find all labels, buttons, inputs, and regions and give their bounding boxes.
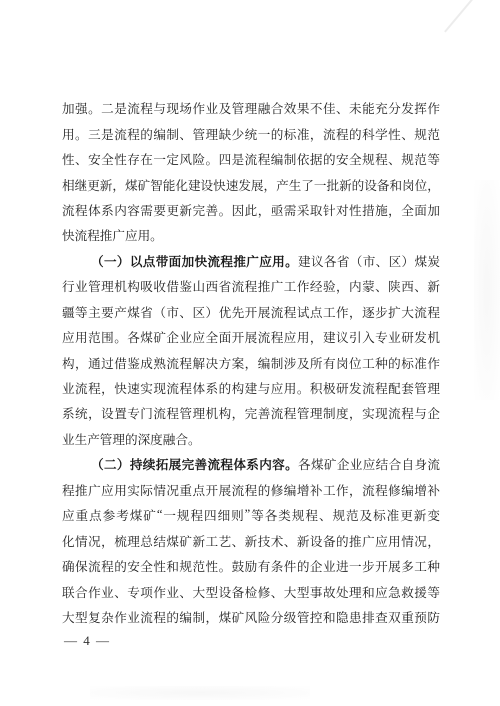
- body-character: 准: [297, 124, 310, 143]
- body-character: 和: [323, 607, 336, 626]
- body-character: 研: [401, 327, 414, 346]
- body-character: ，: [88, 403, 101, 422]
- body-character: ，: [206, 607, 219, 626]
- body-character: 程: [127, 124, 140, 143]
- document-page: 加强。二是流程与现场作业及管理融合效果不佳、未能充分发挥作用。三是流程的编制、管…: [0, 0, 500, 706]
- body-character: 各: [324, 251, 337, 270]
- body-character: 开: [206, 480, 219, 499]
- body-character: 杂: [101, 607, 114, 626]
- body-character: 性: [153, 556, 166, 575]
- body-character: 业: [350, 454, 363, 473]
- body-character: 、: [401, 124, 414, 143]
- body-character: 流: [245, 149, 258, 168]
- body-character: 隐: [336, 607, 349, 626]
- text-line: 系统，设置专门流程管理机构，完善流程管理制度，实现流程与企: [62, 400, 440, 425]
- body-character: 需: [140, 200, 153, 219]
- body-character: 科: [362, 124, 375, 143]
- body-character: ，: [310, 327, 323, 346]
- body-character: 程: [101, 556, 114, 575]
- body-character: 作: [427, 353, 440, 372]
- body-character: 不: [310, 98, 323, 117]
- body-character: 加: [427, 200, 440, 219]
- heading-character: 用: [272, 251, 285, 270]
- heading-character: 带: [156, 251, 169, 270]
- body-character: 流: [232, 276, 245, 295]
- body-character: 企: [427, 403, 440, 422]
- body-character: 制: [271, 353, 284, 372]
- body-character: 佳: [323, 98, 336, 117]
- body-character: ）: [206, 302, 219, 321]
- body-character: 、: [376, 251, 389, 270]
- body-character: 快: [114, 378, 127, 397]
- body-character: 新: [427, 276, 440, 295]
- body-character: 规: [362, 149, 375, 168]
- body-character: 流: [166, 378, 179, 397]
- body-character: 作: [297, 276, 310, 295]
- body-character: 。: [206, 149, 219, 168]
- body-character: 等: [251, 505, 264, 524]
- body-character: 发: [401, 98, 414, 117]
- body-character: ”: [245, 507, 251, 522]
- body-character: 完: [192, 200, 205, 219]
- body-character: 快: [213, 175, 226, 194]
- body-character: 是: [232, 149, 245, 168]
- body-character: 分: [271, 607, 284, 626]
- body-character: 新: [192, 531, 205, 550]
- body-character: 业: [388, 327, 401, 346]
- body-character: 、: [414, 276, 427, 295]
- body-character: 蒙: [362, 276, 375, 295]
- body-character: 新: [297, 531, 310, 550]
- body-character: 则: [231, 505, 244, 524]
- body-character: 流: [75, 378, 88, 397]
- body-character: 控: [310, 607, 323, 626]
- body-character: 现: [153, 378, 166, 397]
- body-character: 全: [206, 327, 219, 346]
- body-character: ，: [427, 175, 440, 194]
- body-character: 、: [319, 505, 332, 524]
- heading-character: 。: [285, 251, 298, 270]
- body-character: 及: [219, 98, 232, 117]
- body-character: 制: [192, 607, 205, 626]
- body-character: 作: [336, 480, 349, 499]
- body-character: 因: [232, 200, 245, 219]
- heading-character: ）: [117, 454, 130, 473]
- body-character: 备: [377, 175, 390, 194]
- body-character: 速: [127, 378, 140, 397]
- body-character: 程: [87, 225, 100, 244]
- body-character: 现: [375, 403, 388, 422]
- body-character: 范: [88, 327, 101, 346]
- body-character: 借: [166, 276, 179, 295]
- body-character: 应: [375, 582, 388, 601]
- body-character: 流: [427, 454, 440, 473]
- body-character: 流: [232, 480, 245, 499]
- heading-character: 拓: [156, 454, 169, 473]
- body-character: 理: [427, 378, 440, 397]
- body-character: 应: [101, 480, 114, 499]
- body-character: 的: [219, 378, 232, 397]
- body-character: 规: [179, 556, 192, 575]
- heading-character: （: [91, 454, 104, 473]
- body-character: 置: [114, 403, 127, 422]
- body-character: 管: [100, 429, 113, 448]
- heading-character: 加: [182, 251, 195, 270]
- body-character: 程: [258, 149, 271, 168]
- body-character: 展: [388, 556, 401, 575]
- body-character: 流: [258, 327, 271, 346]
- body-character: 实: [140, 378, 153, 397]
- body-character: 更: [400, 505, 413, 524]
- heading-character: 一: [104, 251, 117, 270]
- body-character: 少: [232, 124, 245, 143]
- body-character: 理: [310, 403, 323, 422]
- body-character: 生: [289, 175, 302, 194]
- body-character: 议: [336, 327, 349, 346]
- body-character: 广: [362, 531, 375, 550]
- body-character: 新: [179, 200, 192, 219]
- body-character: 理: [127, 531, 140, 550]
- body-character: 况: [414, 531, 427, 550]
- body-character: 用: [114, 480, 127, 499]
- body-character: ，: [336, 276, 349, 295]
- body-character: 增: [414, 480, 427, 499]
- body-character: 成: [140, 353, 153, 372]
- body-character: 加: [62, 98, 75, 117]
- body-character: 型: [75, 607, 88, 626]
- body-character: 级: [284, 607, 297, 626]
- body-character: 面: [219, 327, 232, 346]
- body-character: 业: [62, 378, 75, 397]
- body-character: 重: [401, 607, 414, 626]
- body-character: 。: [150, 225, 163, 244]
- body-character: 展: [219, 480, 232, 499]
- body-character: 了: [301, 175, 314, 194]
- body-character: 决: [206, 353, 219, 372]
- body-character: 应: [125, 225, 138, 244]
- body-character: 安: [127, 556, 140, 575]
- body-character: 体: [192, 378, 205, 397]
- heading-character: 程: [220, 454, 233, 473]
- body-character: 吸: [140, 276, 153, 295]
- body-character: 的: [125, 429, 138, 448]
- body-character: 况: [166, 480, 179, 499]
- body-character: 涉: [284, 353, 297, 372]
- body-character: 用: [284, 378, 297, 397]
- body-character: 岗: [336, 353, 349, 372]
- body-character: 的: [258, 480, 271, 499]
- body-character: 业: [127, 607, 140, 626]
- body-character: 范: [427, 124, 440, 143]
- body-character: 种: [427, 556, 440, 575]
- body-character: 性: [206, 556, 219, 575]
- body-character: 展: [258, 302, 271, 321]
- body-character: 险: [258, 607, 271, 626]
- text-line: 用。三是流程的编制、管理缺少统一的标准，流程的科学性、规范: [62, 120, 440, 145]
- body-character: 全: [101, 149, 114, 168]
- body-character: 进: [336, 556, 349, 575]
- body-character: 果: [297, 98, 310, 117]
- body-character: 情: [75, 531, 88, 550]
- body-character: 二: [101, 98, 114, 117]
- body-character: 的: [114, 556, 127, 575]
- body-character: 构: [219, 403, 232, 422]
- scan-artifact-smudge: [90, 686, 310, 700]
- body-character: 在: [140, 149, 153, 168]
- body-character: 推: [100, 225, 113, 244]
- body-character: 重: [179, 480, 192, 499]
- body-character: 管: [179, 403, 192, 422]
- body-character: 合: [271, 98, 284, 117]
- body-character: 标: [373, 505, 386, 524]
- body-character: 开: [245, 302, 258, 321]
- body-character: 大: [284, 582, 297, 601]
- body-character: 查: [375, 607, 388, 626]
- body-character: ，: [310, 124, 323, 143]
- body-character: ，: [388, 200, 401, 219]
- text-line: 确保流程的安全性和规范性。鼓励有条件的企业进一步开展多工种: [62, 553, 440, 578]
- text-line: 构，通过借鉴成熟流程解决方案，编制涉及所有岗位工种的标准作: [62, 349, 440, 374]
- body-character: 专: [127, 582, 140, 601]
- body-character: 程: [427, 302, 440, 321]
- body-character: 缺: [219, 124, 232, 143]
- body-character: 构: [232, 378, 245, 397]
- body-character: 发: [349, 378, 362, 397]
- body-character: 及: [297, 353, 310, 372]
- body-character: 陕: [388, 276, 401, 295]
- body-character: 流: [153, 403, 166, 422]
- body-character: 保: [75, 556, 88, 575]
- body-character: 结: [153, 531, 166, 550]
- heading-character: 系: [246, 454, 259, 473]
- body-character: ，: [349, 302, 362, 321]
- body-character: 等: [427, 582, 440, 601]
- body-character: 一: [163, 505, 176, 524]
- body-character: 度: [336, 403, 349, 422]
- heading-character: ）: [117, 251, 130, 270]
- body-character: 制: [166, 124, 179, 143]
- body-character: 疆: [62, 302, 75, 321]
- body-character: 智: [150, 175, 163, 194]
- heading-character: 展: [169, 454, 182, 473]
- body-character: 三: [88, 124, 101, 143]
- body-character: 矿: [143, 505, 156, 524]
- body-character: 套: [401, 378, 414, 397]
- body-character: 省: [337, 251, 350, 270]
- body-character: 流: [127, 98, 140, 117]
- body-character: 规: [292, 505, 305, 524]
- body-character: ，: [101, 378, 114, 397]
- body-character: 企: [337, 454, 350, 473]
- body-character: 此: [245, 200, 258, 219]
- body-character: （: [153, 302, 166, 321]
- body-character: 能: [163, 175, 176, 194]
- body-character: 、: [179, 124, 192, 143]
- body-character: 准: [387, 505, 400, 524]
- body-character: 要: [101, 302, 114, 321]
- body-character: 继: [75, 175, 88, 194]
- body-character: 更: [166, 200, 179, 219]
- body-character: 引: [349, 327, 362, 346]
- body-character: 身: [414, 454, 427, 473]
- body-character: 流: [362, 378, 375, 397]
- scan-artifact-streak: [444, 0, 484, 32]
- body-character: 重: [76, 505, 89, 524]
- body-character: 区: [389, 251, 402, 270]
- body-character: 和: [166, 556, 179, 575]
- body-character: 、: [375, 276, 388, 295]
- body-character: 的: [388, 353, 401, 372]
- body-character: 充: [375, 98, 388, 117]
- body-character: 。: [219, 200, 232, 219]
- body-character: 试: [297, 302, 310, 321]
- body-character: 处: [336, 582, 349, 601]
- body-character: 总: [140, 531, 153, 550]
- body-character: 岗: [402, 175, 415, 194]
- text-line: 程推广应用实际情况重点开展流程的修编增补工作，流程修编增补: [62, 477, 440, 502]
- body-character: 鉴: [179, 276, 192, 295]
- body-character: 流: [114, 124, 127, 143]
- body-character: 工: [206, 531, 219, 550]
- body-character: 积: [310, 378, 323, 397]
- body-character: 急: [388, 582, 401, 601]
- body-character: 工: [362, 353, 375, 372]
- body-character: 复: [88, 607, 101, 626]
- body-character: 防: [427, 607, 440, 626]
- body-character: 全: [349, 149, 362, 168]
- body-character: 事: [310, 582, 323, 601]
- body-character: 要: [153, 200, 166, 219]
- body-character: 经: [310, 276, 323, 295]
- body-character: 现: [166, 98, 179, 117]
- body-character: 补: [310, 480, 323, 499]
- body-character: 程: [245, 480, 258, 499]
- body-character: 作: [336, 302, 349, 321]
- body-character: 范: [192, 556, 205, 575]
- body-character: 设: [101, 403, 114, 422]
- body-character: 建: [245, 378, 258, 397]
- body-character: 面: [414, 200, 427, 219]
- body-character: 编: [153, 124, 166, 143]
- body-character: 机: [427, 327, 440, 346]
- heading-character: 流: [207, 251, 220, 270]
- body-character: 安: [88, 149, 101, 168]
- body-character: 作: [114, 607, 127, 626]
- body-character: ，: [245, 353, 258, 372]
- body-character: 流: [140, 607, 153, 626]
- body-character: 编: [284, 480, 297, 499]
- body-character: 作: [153, 582, 166, 601]
- body-character: ，: [427, 531, 440, 550]
- body-character: 合: [389, 454, 402, 473]
- body-character: 煤: [130, 505, 143, 524]
- body-character: 规: [332, 505, 345, 524]
- body-character: 修: [258, 582, 271, 601]
- body-character: 收: [153, 276, 166, 295]
- body-character: 程: [305, 505, 318, 524]
- body-character: 程: [190, 505, 203, 524]
- body-character: 企: [310, 556, 323, 575]
- body-character: 展: [251, 175, 264, 194]
- body-character: 补: [427, 480, 440, 499]
- body-character: 入: [362, 327, 375, 346]
- body-character: 程: [401, 403, 414, 422]
- body-character: 生: [75, 429, 88, 448]
- body-character: 排: [362, 607, 375, 626]
- body-character: 点: [192, 480, 205, 499]
- body-character: 化: [62, 531, 75, 550]
- body-character: 案: [232, 353, 245, 372]
- body-character: 能: [362, 98, 375, 117]
- body-character: 管: [297, 607, 310, 626]
- body-character: 制: [323, 403, 336, 422]
- body-character: 建: [298, 251, 311, 270]
- body-character: 的: [323, 149, 336, 168]
- body-character: 建: [188, 175, 201, 194]
- body-character: 患: [349, 607, 362, 626]
- body-character: 各: [265, 505, 278, 524]
- body-character: 新: [245, 531, 258, 550]
- body-character: 大: [192, 582, 205, 601]
- body-character: 管: [414, 378, 427, 397]
- body-character: 程: [166, 403, 179, 422]
- text-line: （二）持续拓展完善流程体系内容。各煤矿企业应结合自身流: [62, 451, 440, 476]
- body-character: 应: [62, 327, 75, 346]
- heading-character: 程: [220, 251, 233, 270]
- body-character: 励: [245, 556, 258, 575]
- heading-character: 以: [130, 251, 143, 270]
- body-character: 市: [363, 251, 376, 270]
- body-character: 用: [138, 225, 151, 244]
- body-character: 分: [388, 98, 401, 117]
- body-character: 况: [88, 531, 101, 550]
- body-character: ，: [258, 200, 271, 219]
- body-character: 的: [166, 607, 179, 626]
- body-character: 备: [232, 582, 245, 601]
- body-character: 。: [219, 556, 232, 575]
- heading-character: 完: [182, 454, 195, 473]
- body-character: 矿: [138, 175, 151, 194]
- body-character: 类: [278, 505, 291, 524]
- body-character: 对: [336, 200, 349, 219]
- body-character: 构: [127, 276, 140, 295]
- heading-character: 体: [233, 454, 246, 473]
- body-character: 行: [62, 276, 75, 295]
- body-character: 业: [179, 327, 192, 346]
- body-character: 梳: [114, 531, 127, 550]
- heading-character: 。: [285, 454, 298, 473]
- body-character: 条: [271, 556, 284, 575]
- body-character: 技: [258, 531, 271, 550]
- body-character: 施: [375, 200, 388, 219]
- body-character: 挥: [414, 98, 427, 117]
- body-character: 规: [414, 124, 427, 143]
- body-character: 艺: [219, 531, 232, 550]
- body-character: 强: [75, 98, 88, 117]
- body-character: 专: [127, 403, 140, 422]
- body-character: 大: [62, 607, 75, 626]
- body-character: 矿: [179, 531, 192, 550]
- body-character: 修: [271, 480, 284, 499]
- body-character: 细: [218, 505, 231, 524]
- page-number: — 4 —: [64, 633, 111, 649]
- body-character: 性: [388, 124, 401, 143]
- body-character: 新: [414, 505, 427, 524]
- body-character: 程: [179, 378, 192, 397]
- body-character: 术: [271, 531, 284, 550]
- body-character: 用: [75, 327, 88, 346]
- body-character: 规: [401, 149, 414, 168]
